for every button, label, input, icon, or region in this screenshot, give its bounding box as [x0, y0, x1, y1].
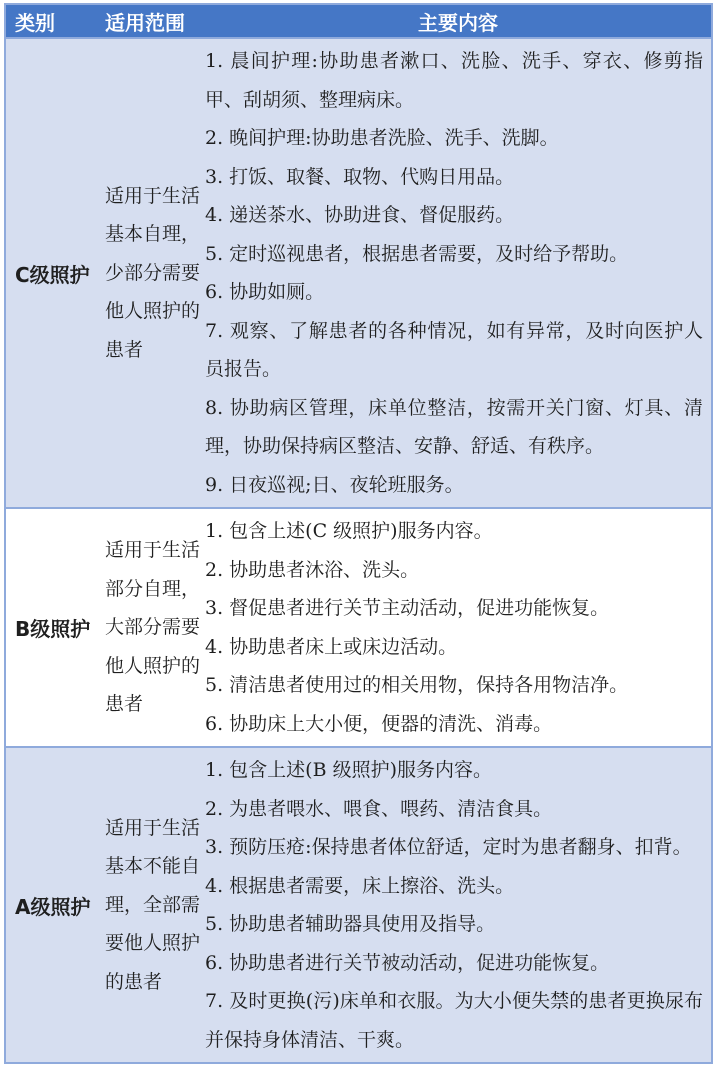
content-item: 4. 协助患者床上或床边活动。	[205, 628, 703, 667]
category-cell: A级照护	[6, 891, 105, 920]
care-level-row: C级照护 适用于生活基本自理，少部分需要他人照护的患者 1. 晨间护理:协助患者…	[6, 37, 711, 507]
scope-cell: 适用于生活部分自理，大部分需要他人照护的患者	[105, 531, 205, 724]
content-item: 5. 协助患者辅助器具使用及指导。	[205, 905, 703, 944]
content-cell: 1. 包含上述(C 级照护)服务内容。2. 协助患者沐浴、洗头。3. 督促患者进…	[205, 509, 711, 746]
content-cell: 1. 包含上述(B 级照护)服务内容。2. 为患者喂水、喂食、喂药、清洁食具。3…	[205, 748, 711, 1062]
content-item: 7. 观察、了解患者的各种情况，如有异常，及时向医护人员报告。	[205, 312, 703, 389]
content-item: 1. 包含上述(C 级照护)服务内容。	[205, 512, 703, 551]
content-item: 3. 预防压疮:保持患者体位舒适，定时为患者翻身、扣背。	[205, 828, 703, 867]
content-item: 3. 打饭、取餐、取物、代购日用品。	[205, 158, 703, 197]
category-cell: C级照护	[6, 259, 105, 288]
table-body: C级照护 适用于生活基本自理，少部分需要他人照护的患者 1. 晨间护理:协助患者…	[6, 37, 711, 1062]
care-levels-table: 类别 适用范围 主要内容 C级照护 适用于生活基本自理，少部分需要他人照护的患者…	[4, 3, 713, 1064]
header-cell-category: 类别	[6, 7, 105, 36]
content-item: 2. 协助患者沐浴、洗头。	[205, 551, 703, 590]
content-item: 7. 及时更换(污)床单和衣服。为大小便失禁的患者更换尿布并保持身体清洁、干爽。	[205, 982, 703, 1059]
content-item: 6. 协助如厕。	[205, 273, 703, 312]
content-item: 9. 日夜巡视;日、夜轮班服务。	[205, 466, 703, 505]
care-level-row: A级照护 适用于生活基本不能自理，全部需要他人照护的患者 1. 包含上述(B 级…	[6, 746, 711, 1062]
content-item: 1. 包含上述(B 级照护)服务内容。	[205, 751, 703, 790]
content-item: 2. 为患者喂水、喂食、喂药、清洁食具。	[205, 790, 703, 829]
table-header-row: 类别 适用范围 主要内容	[6, 5, 711, 37]
content-cell: 1. 晨间护理:协助患者漱口、洗脸、洗手、穿衣、修剪指甲、刮胡须、整理病床。2.…	[205, 39, 711, 507]
content-item: 8. 协助病区管理，床单位整洁，按需开关门窗、灯具、清理，协助保持病区整洁、安静…	[205, 389, 703, 466]
content-item: 3. 督促患者进行关节主动活动，促进功能恢复。	[205, 589, 703, 628]
category-cell: B级照护	[6, 613, 105, 642]
scope-cell: 适用于生活基本不能自理，全部需要他人照护的患者	[105, 809, 205, 1002]
content-item: 5. 清洁患者使用过的相关用物，保持各用物洁净。	[205, 666, 703, 705]
content-item: 4. 根据患者需要，床上擦浴、洗头。	[205, 867, 703, 906]
scope-cell: 适用于生活基本自理，少部分需要他人照护的患者	[105, 177, 205, 370]
content-item: 1. 晨间护理:协助患者漱口、洗脸、洗手、穿衣、修剪指甲、刮胡须、整理病床。	[205, 42, 703, 119]
header-cell-scope: 适用范围	[105, 7, 205, 36]
content-item: 4. 递送茶水、协助进食、督促服药。	[205, 196, 703, 235]
content-item: 2. 晚间护理:协助患者洗脸、洗手、洗脚。	[205, 119, 703, 158]
header-cell-content: 主要内容	[205, 7, 711, 36]
content-item: 6. 协助床上大小便，便器的清洗、消毒。	[205, 705, 703, 744]
content-item: 5. 定时巡视患者，根据患者需要，及时给予帮助。	[205, 235, 703, 274]
content-item: 6. 协助患者进行关节被动活动，促进功能恢复。	[205, 944, 703, 983]
care-level-row: B级照护 适用于生活部分自理，大部分需要他人照护的患者 1. 包含上述(C 级照…	[6, 507, 711, 746]
